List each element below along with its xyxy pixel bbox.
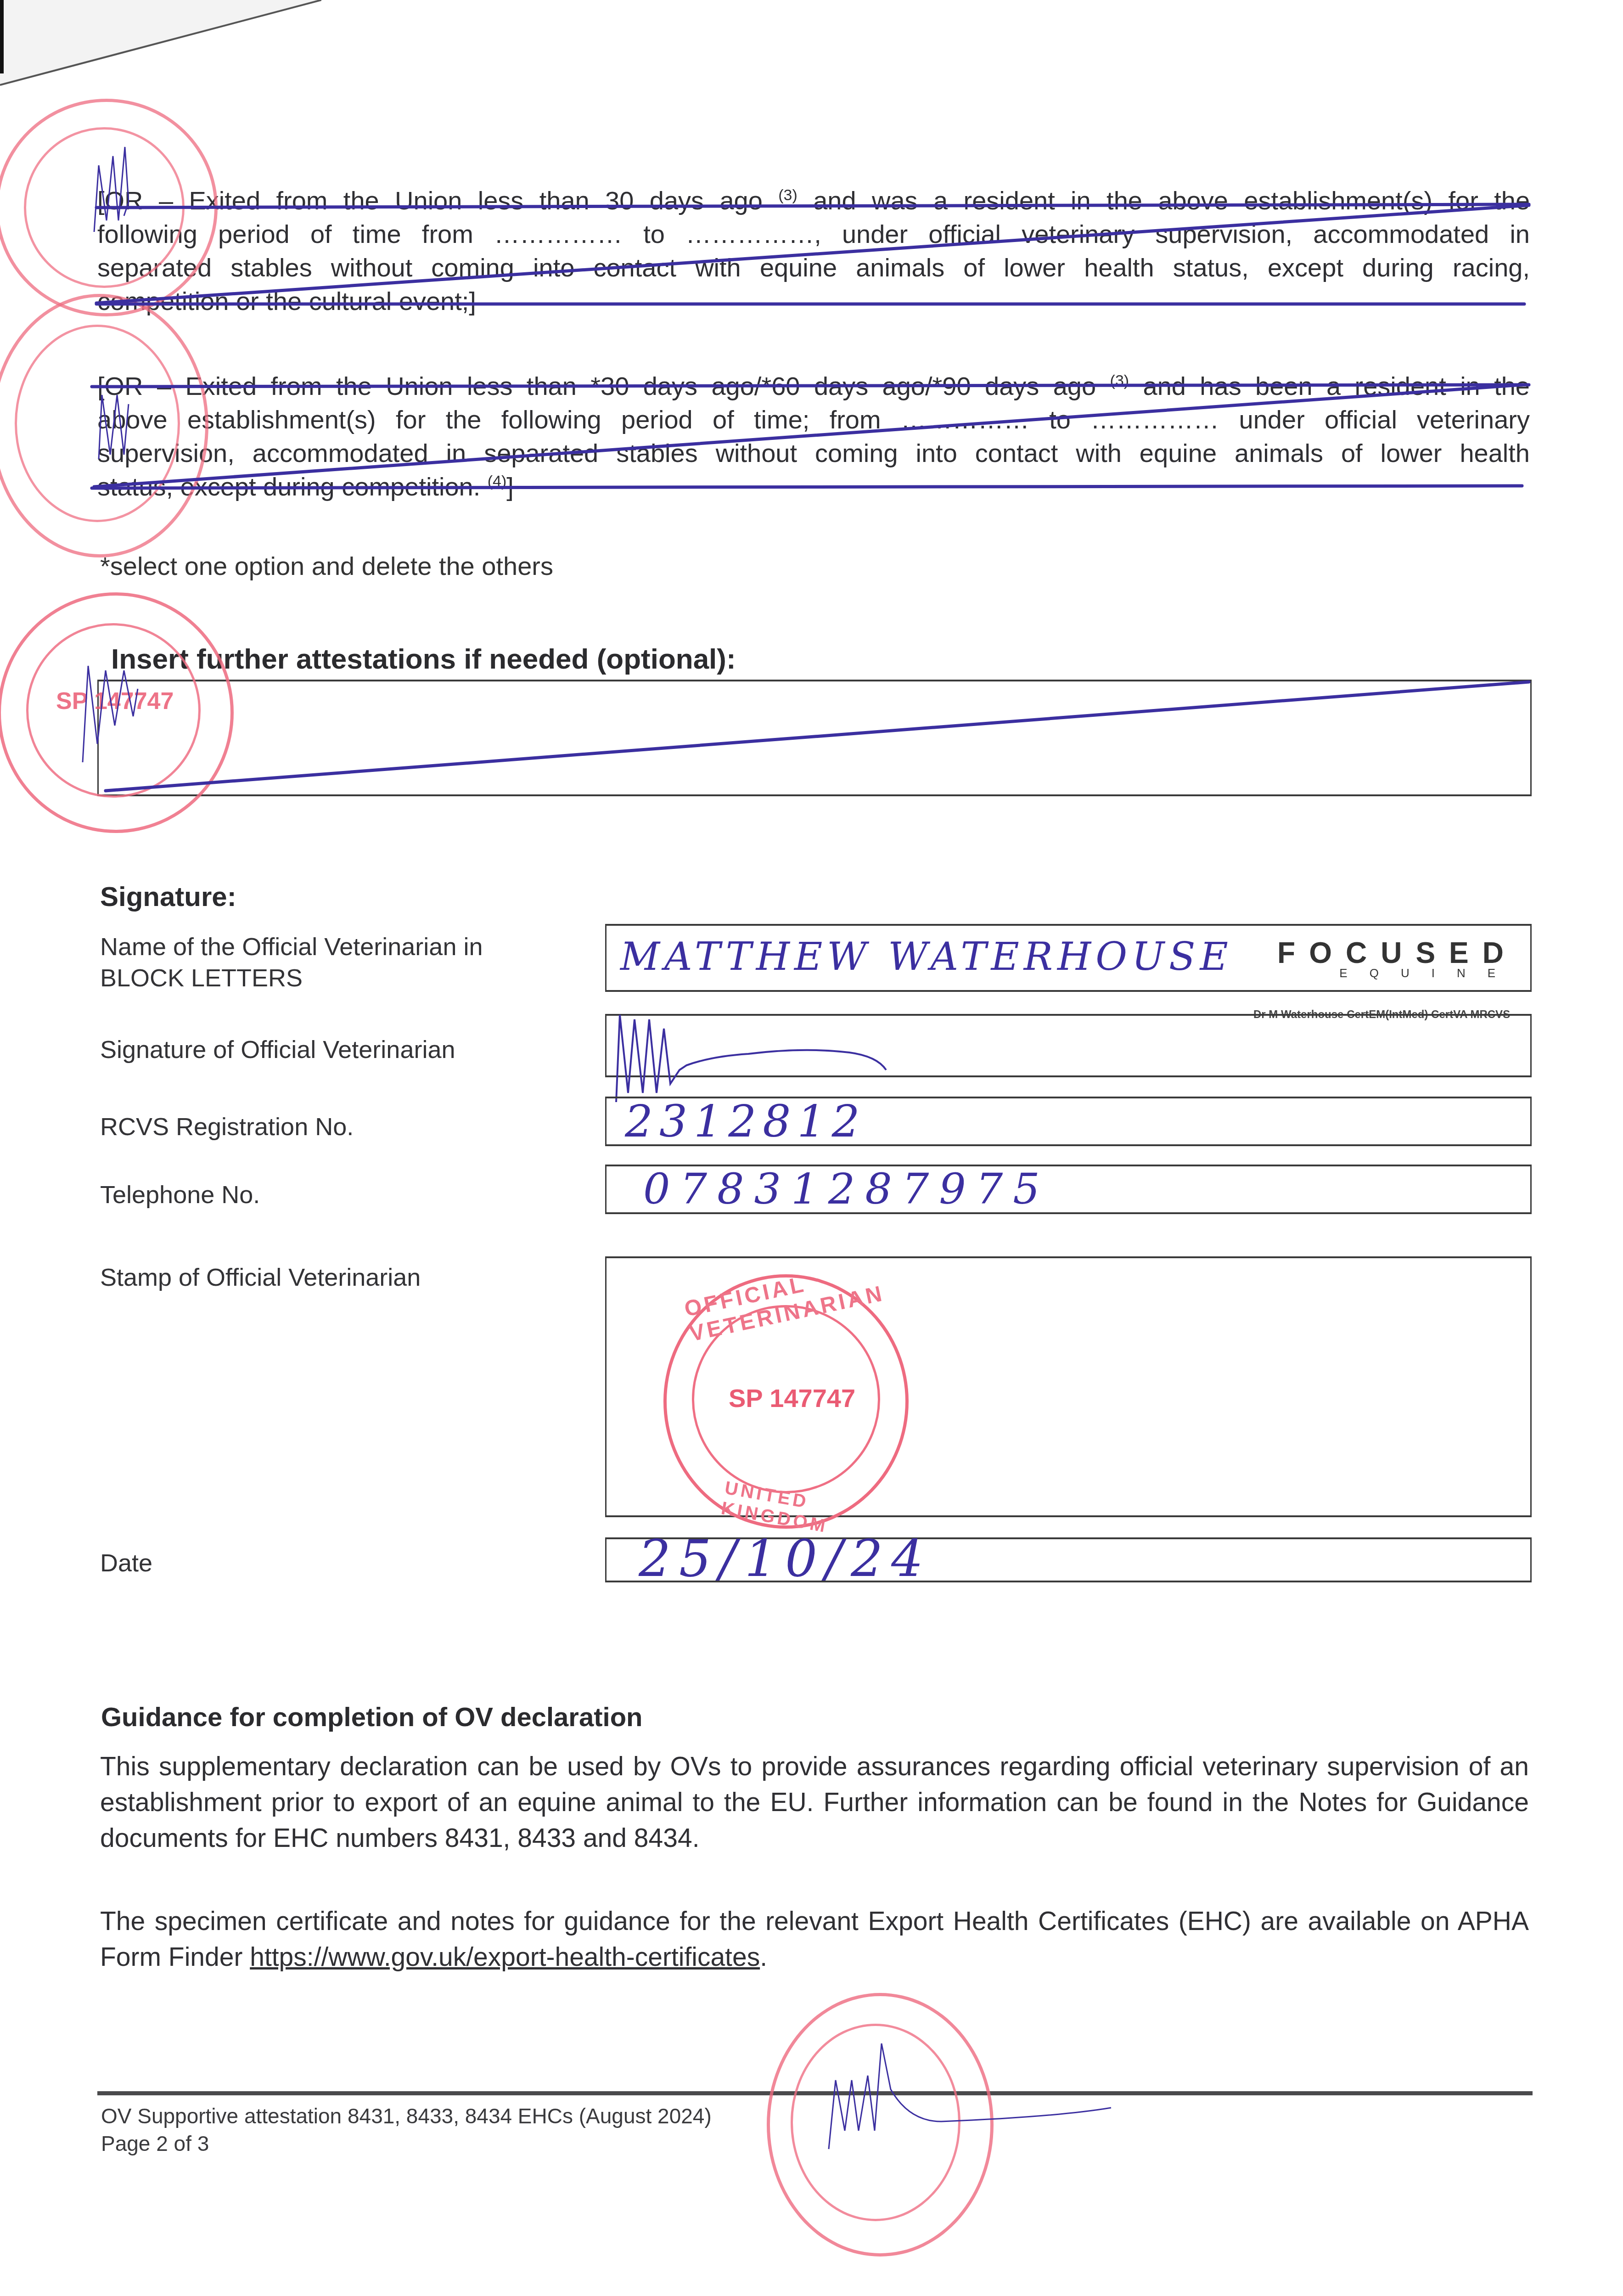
focused-equine-logo: FOCUSED EQUINE [1288, 936, 1517, 982]
margin-stamp-2-inner [15, 325, 180, 522]
attestation-option-1: [OR – Exited from the Union less than 30… [97, 184, 1530, 318]
option-2-line-1: [OR – Exited from the Union less than *3… [97, 369, 1530, 403]
telephone-label: Telephone No. [100, 1179, 260, 1210]
date-label: Date [100, 1548, 152, 1579]
guidance-paragraph-1: This supplementary declaration can be us… [100, 1749, 1529, 1856]
margin-stamp-1-inner [24, 127, 185, 288]
margin-stamp-3: SP 147747 [0, 592, 234, 833]
margin-stamp-1 [0, 99, 218, 316]
select-note: *select one option and delete the others [100, 551, 553, 581]
footer-stamp [767, 1993, 994, 2257]
telephone-field[interactable]: 07831287975 [605, 1165, 1532, 1214]
name-label: Name of the Official Veterinarian in BLO… [100, 931, 483, 994]
option-2-line-2: above establishment(s) for the following… [97, 403, 1530, 436]
official-stamp: SP 147747 OFFICIAL VETERINARIAN UNITED K… [663, 1274, 909, 1529]
option-2-line-4: status, except during competition. (4)] [97, 470, 1530, 503]
option-1-line-4: competition or the cultural event;] [97, 284, 1530, 318]
export-health-certificates-link[interactable]: https://www.gov.uk/export-health-certifi… [250, 1942, 760, 1972]
signature-label: Signature of Official Veterinarian [100, 1034, 455, 1065]
telephone-value: 07831287975 [643, 1165, 1050, 1214]
stamp-code: SP 147747 [729, 1383, 855, 1413]
stamp-label: Stamp of Official Veterinarian [100, 1262, 421, 1293]
option-2-line-3: supervision, accommodated in separated s… [97, 436, 1530, 470]
footer-page-number: Page 2 of 3 [101, 2131, 209, 2156]
date-field[interactable]: 25/10/24 [605, 1537, 1532, 1582]
logo-title: FOCUSED [1277, 936, 1517, 970]
guidance-heading: Guidance for completion of OV declaratio… [101, 1702, 642, 1733]
page-fold-corner [0, 0, 321, 92]
date-value: 25/10/24 [639, 1529, 932, 1588]
footer-document-title: OV Supportive attestation 8431, 8433, 84… [101, 2103, 712, 2129]
option-1-line-1: [OR – Exited from the Union less than 30… [97, 184, 1530, 217]
rcvs-value: 2312812 [625, 1096, 866, 1147]
rcvs-field[interactable]: 2312812 [605, 1097, 1532, 1146]
attestation-option-2: [OR – Exited from the Union less than *3… [97, 369, 1530, 503]
option-1-line-2: following period of time from …………… to …… [97, 217, 1530, 251]
further-attestations-box[interactable] [97, 680, 1532, 796]
name-field[interactable]: MATTHEW WATERHOUSE FOCUSED EQUINE [605, 924, 1532, 992]
margin-stamp-2 [0, 294, 208, 557]
signature-scribble [611, 1001, 1116, 1107]
rcvs-label: RCVS Registration No. [100, 1111, 354, 1142]
signature-heading: Signature: [100, 881, 236, 912]
option-1-line-3: separated stables without coming into co… [97, 251, 1530, 284]
footer-stamp-inner [791, 2024, 960, 2221]
margin-stamp-3-code: SP 147747 [56, 687, 174, 715]
name-value: MATTHEW WATERHOUSE [620, 934, 1233, 979]
guidance-paragraph-2: The specimen certificate and notes for g… [100, 1903, 1529, 1975]
logo-subtitle: EQUINE [1339, 966, 1517, 980]
